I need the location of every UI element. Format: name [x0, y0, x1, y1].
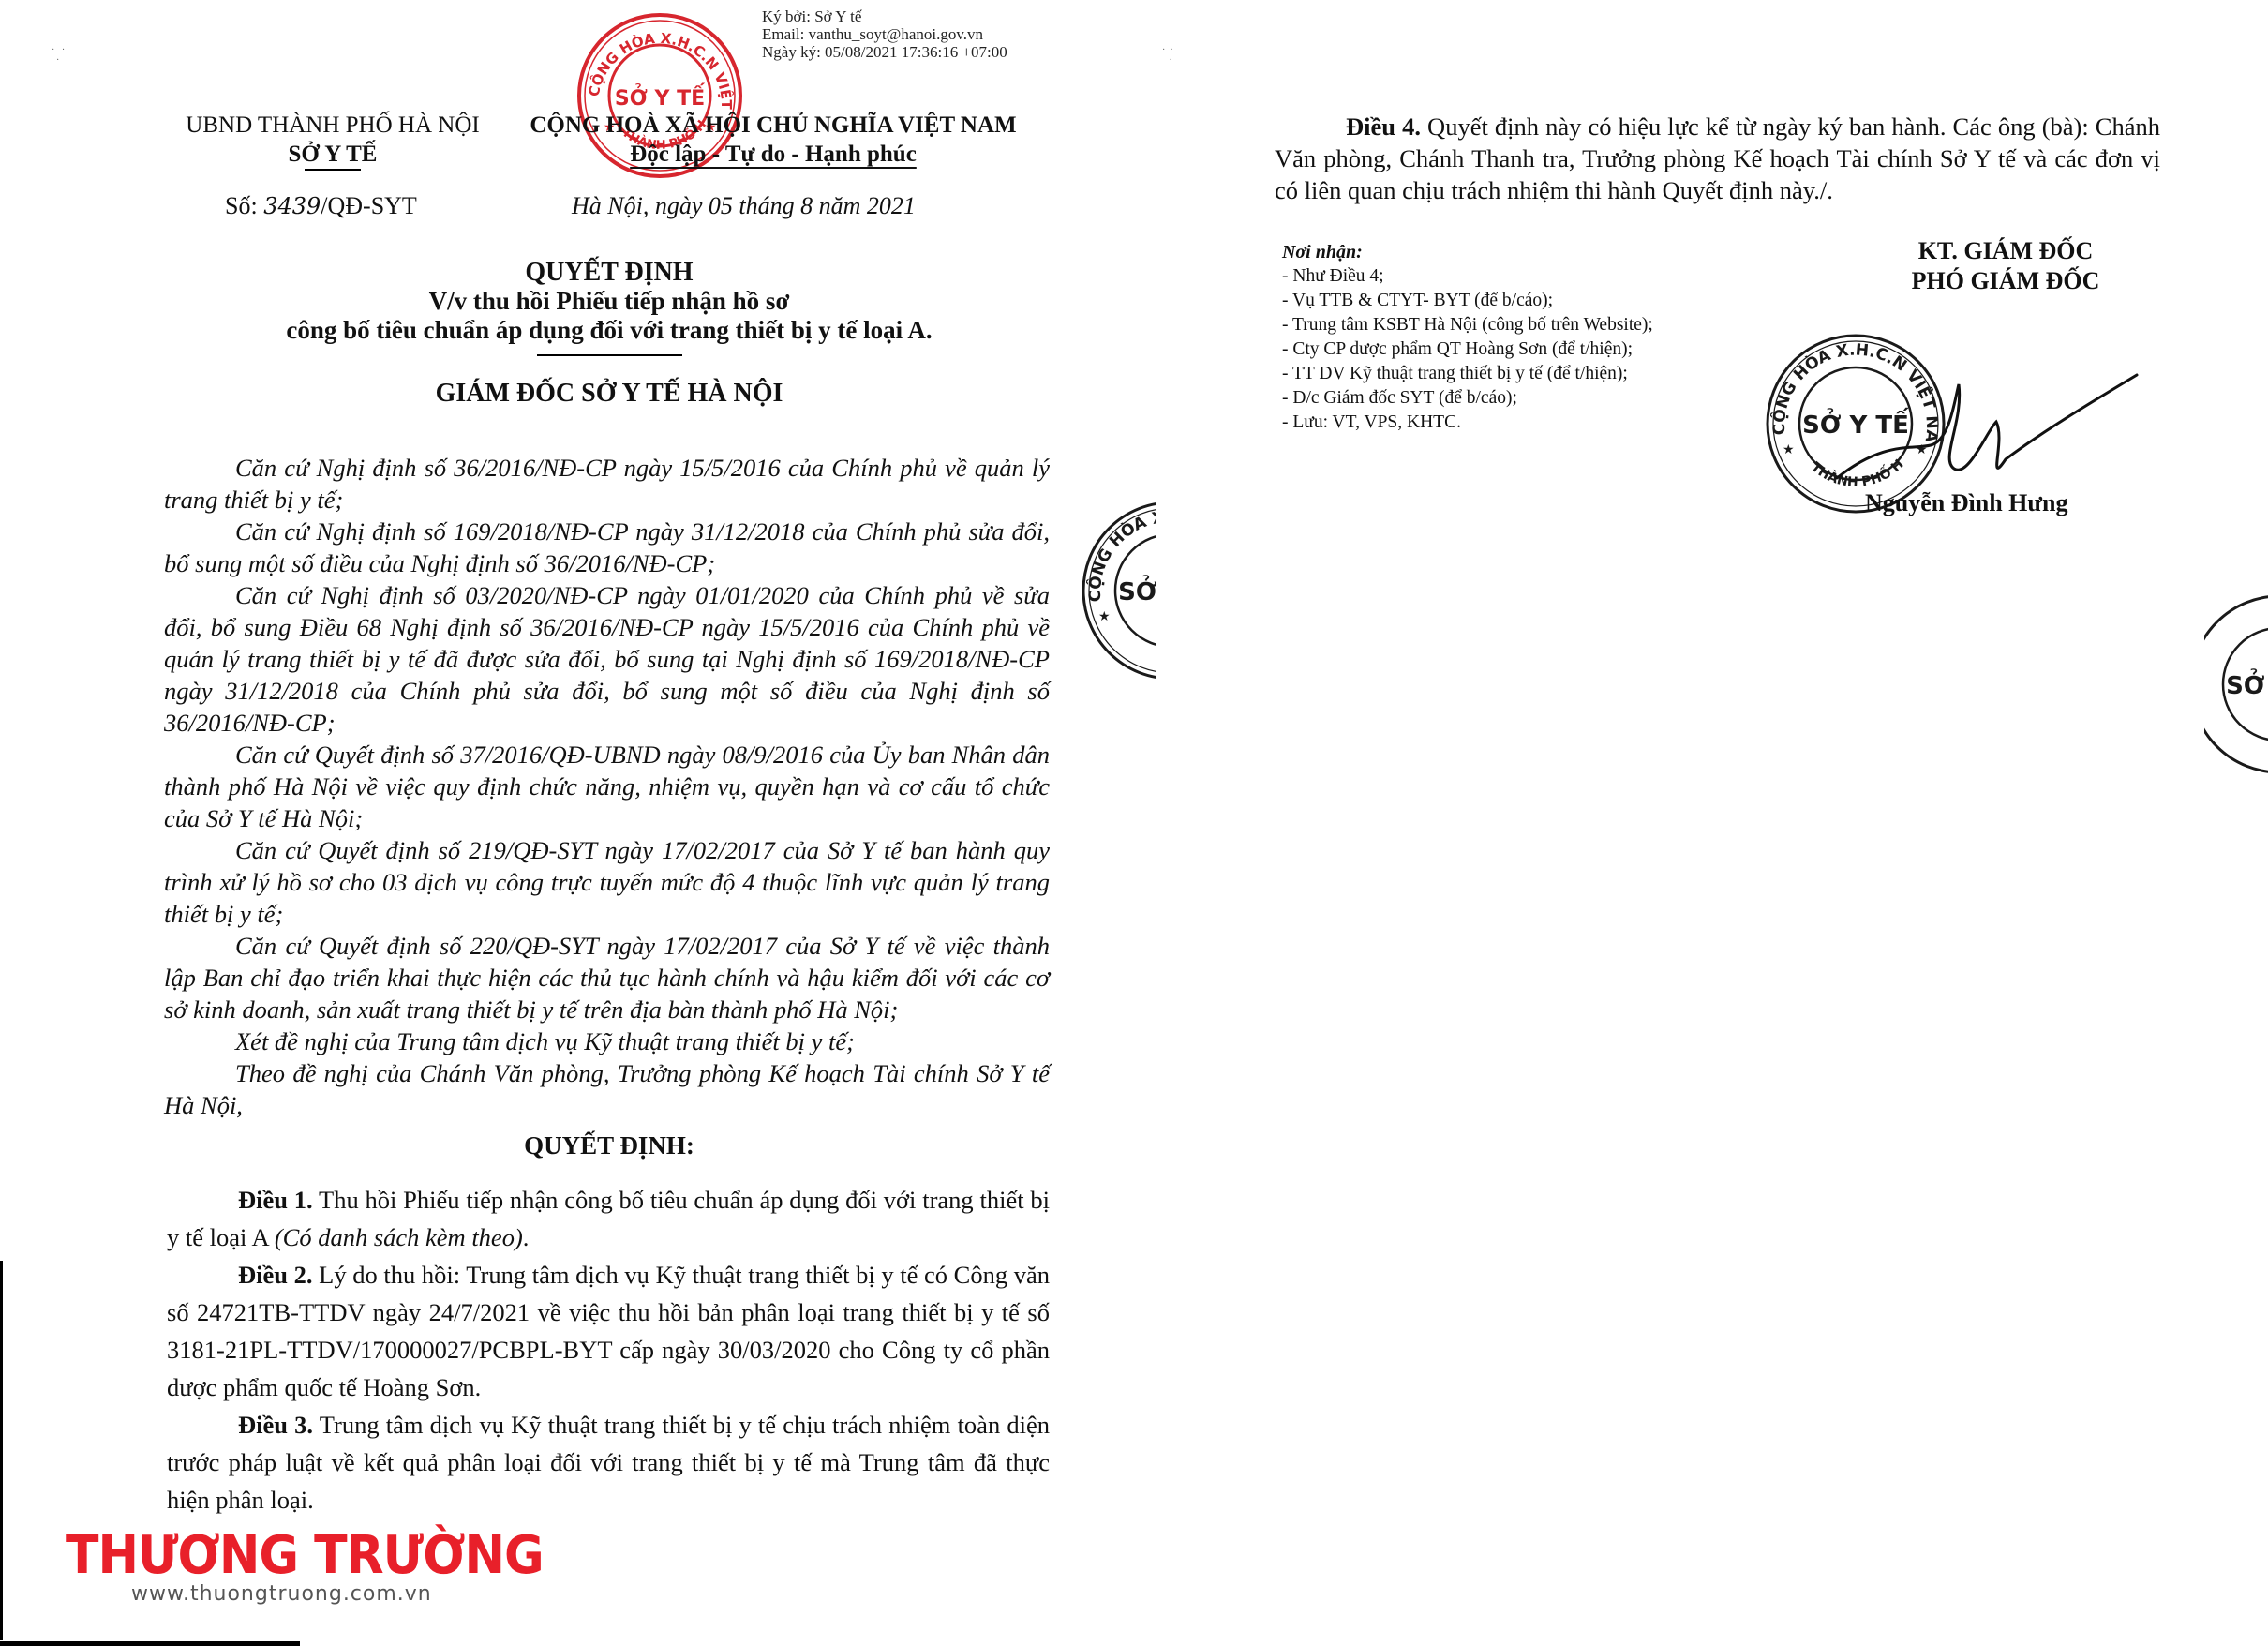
recipient-item: - Cty CP dược phẩm QT Hoàng Sơn (để t/hi…	[1282, 337, 1653, 362]
svg-text:SỞ Y TẾ: SỞ Y TẾ	[2226, 666, 2268, 700]
signer-name: Nguyễn Đình Hưng	[1865, 489, 2067, 517]
svg-text:SỞ Y TẾ: SỞ Y TẾ	[615, 83, 706, 111]
article-4: Điều 4. Quyết định này có hiệu lực kể từ…	[1275, 111, 2160, 206]
scan-noise: · · ·	[52, 45, 65, 66]
signature-title-block: KT. GIÁM ĐỐC PHÓ GIÁM ĐỐC	[1837, 236, 2174, 296]
watermark-url: www.thuongtruong.com.vn	[131, 1582, 432, 1606]
department-name: SỞ Y TẾ	[150, 140, 515, 169]
authority-name: UBND THÀNH PHỐ HÀ NỘI	[150, 111, 515, 140]
legal-basis: Căn cứ Nghị định số 36/2016/NĐ-CP ngày 1…	[164, 452, 1050, 516]
signed-by: Ký bởi: Sở Y tế	[762, 7, 1007, 25]
svg-text:★: ★	[1783, 443, 1795, 457]
article-3: Điều 3. Trung tâm dịch vụ Kỹ thuật trang…	[167, 1406, 1050, 1519]
decision-heading: QUYẾT ĐỊNH:	[150, 1131, 1068, 1160]
legal-bases: Căn cứ Nghị định số 36/2016/NĐ-CP ngày 1…	[164, 452, 1050, 1121]
national-motto: Độc lập - Tự do - Hạnh phúc	[520, 140, 1026, 169]
black-seal-partial-icon: SỞ Y TẾ	[2204, 591, 2268, 787]
divider	[537, 354, 682, 356]
divider	[305, 169, 361, 171]
document-date: Hà Nội, ngày 05 tháng 8 năm 2021	[572, 192, 916, 220]
legal-basis: Căn cứ Nghị định số 169/2018/NĐ-CP ngày …	[164, 516, 1050, 579]
recipient-item: - Trung tâm KSBT Hà Nội (công bố trên We…	[1282, 313, 1653, 337]
signer-email: Email: vanthu_soyt@hanoi.gov.vn	[762, 25, 1007, 43]
legal-basis: Căn cứ Quyết định số 37/2016/QĐ-UBND ngà…	[164, 739, 1050, 834]
decision-title: QUYẾT ĐỊNH V/v thu hồi Phiếu tiếp nhận h…	[150, 258, 1068, 408]
recipient-item: - TT DV Kỹ thuật trang thiết bị y tế (để…	[1282, 362, 1653, 386]
document-number: Số: 3439/QĐ-SYT	[225, 192, 417, 220]
recipient-item: - Như Điều 4;	[1282, 264, 1653, 289]
title-heading: QUYẾT ĐỊNH	[150, 258, 1068, 287]
issuing-authority: UBND THÀNH PHỐ HÀ NỘI SỞ Y TẾ	[150, 111, 515, 171]
document-page-1: · · · CỘNG HÒA X.H.C.N VIỆT NAM THÀNH PH…	[0, 0, 1087, 1646]
recipient-item: - Vụ TTB & CTYT- BYT (để b/cáo);	[1282, 289, 1653, 313]
article-1: Điều 1. Thu hồi Phiếu tiếp nhận công bố …	[167, 1181, 1050, 1256]
recipients-list: Nơi nhận: - Như Điều 4; - Vụ TTB & CTYT-…	[1282, 240, 1653, 435]
handwritten-number: 3439	[263, 193, 321, 219]
articles: Điều 1. Thu hồi Phiếu tiếp nhận công bố …	[167, 1181, 1050, 1519]
scan-border-left	[0, 1261, 3, 1640]
signature-line-2: PHÓ GIÁM ĐỐC	[1837, 266, 2174, 296]
handwritten-day: 05	[709, 192, 733, 219]
signed-date: Ngày ký: 05/08/2021 17:36:16 +07:00	[762, 43, 1007, 61]
legal-basis: Theo đề nghị của Chánh Văn phòng, Trưởng…	[164, 1057, 1050, 1121]
scan-border-bottom	[0, 1641, 300, 1646]
legal-basis: Căn cứ Nghị định số 03/2020/NĐ-CP ngày 0…	[164, 579, 1050, 739]
subject-line-2: công bố tiêu chuẩn áp dụng đối với trang…	[150, 316, 1068, 345]
scan-noise: · · ·	[1162, 45, 1173, 66]
recipients-label: Nơi nhận:	[1282, 240, 1653, 264]
digital-signature-info: Ký bởi: Sở Y tế Email: vanthu_soyt@hanoi…	[762, 7, 1007, 61]
subject-line-1: V/v thu hồi Phiếu tiếp nhận hồ sơ	[150, 287, 1068, 316]
legal-basis: Căn cứ Quyết định số 219/QĐ-SYT ngày 17/…	[164, 834, 1050, 930]
watermark-brand-logo: THƯƠNG TRƯỜNG	[66, 1525, 544, 1586]
nation-name: CỘNG HOÀ XÃ HỘI CHỦ NGHĨA VIỆT NAM	[520, 111, 1026, 140]
recipient-item: - Đ/c Giám đốc SYT (để b/cáo);	[1282, 386, 1653, 411]
recipient-item: - Lưu: VT, VPS, KHTC.	[1282, 411, 1653, 435]
legal-basis: Căn cứ Quyết định số 220/QĐ-SYT ngày 17/…	[164, 930, 1050, 1025]
national-header: CỘNG HOÀ XÃ HỘI CHỦ NGHĨA VIỆT NAM Độc l…	[520, 111, 1026, 169]
legal-basis: Xét đề nghị của Trung tâm dịch vụ Kỹ thu…	[164, 1025, 1050, 1057]
article-2: Điều 2. Lý do thu hồi: Trung tâm dịch vụ…	[167, 1256, 1050, 1406]
issuer-title: GIÁM ĐỐC SỞ Y TẾ HÀ NỘI	[150, 379, 1068, 408]
signature-line-1: KT. GIÁM ĐỐC	[1837, 236, 2174, 266]
